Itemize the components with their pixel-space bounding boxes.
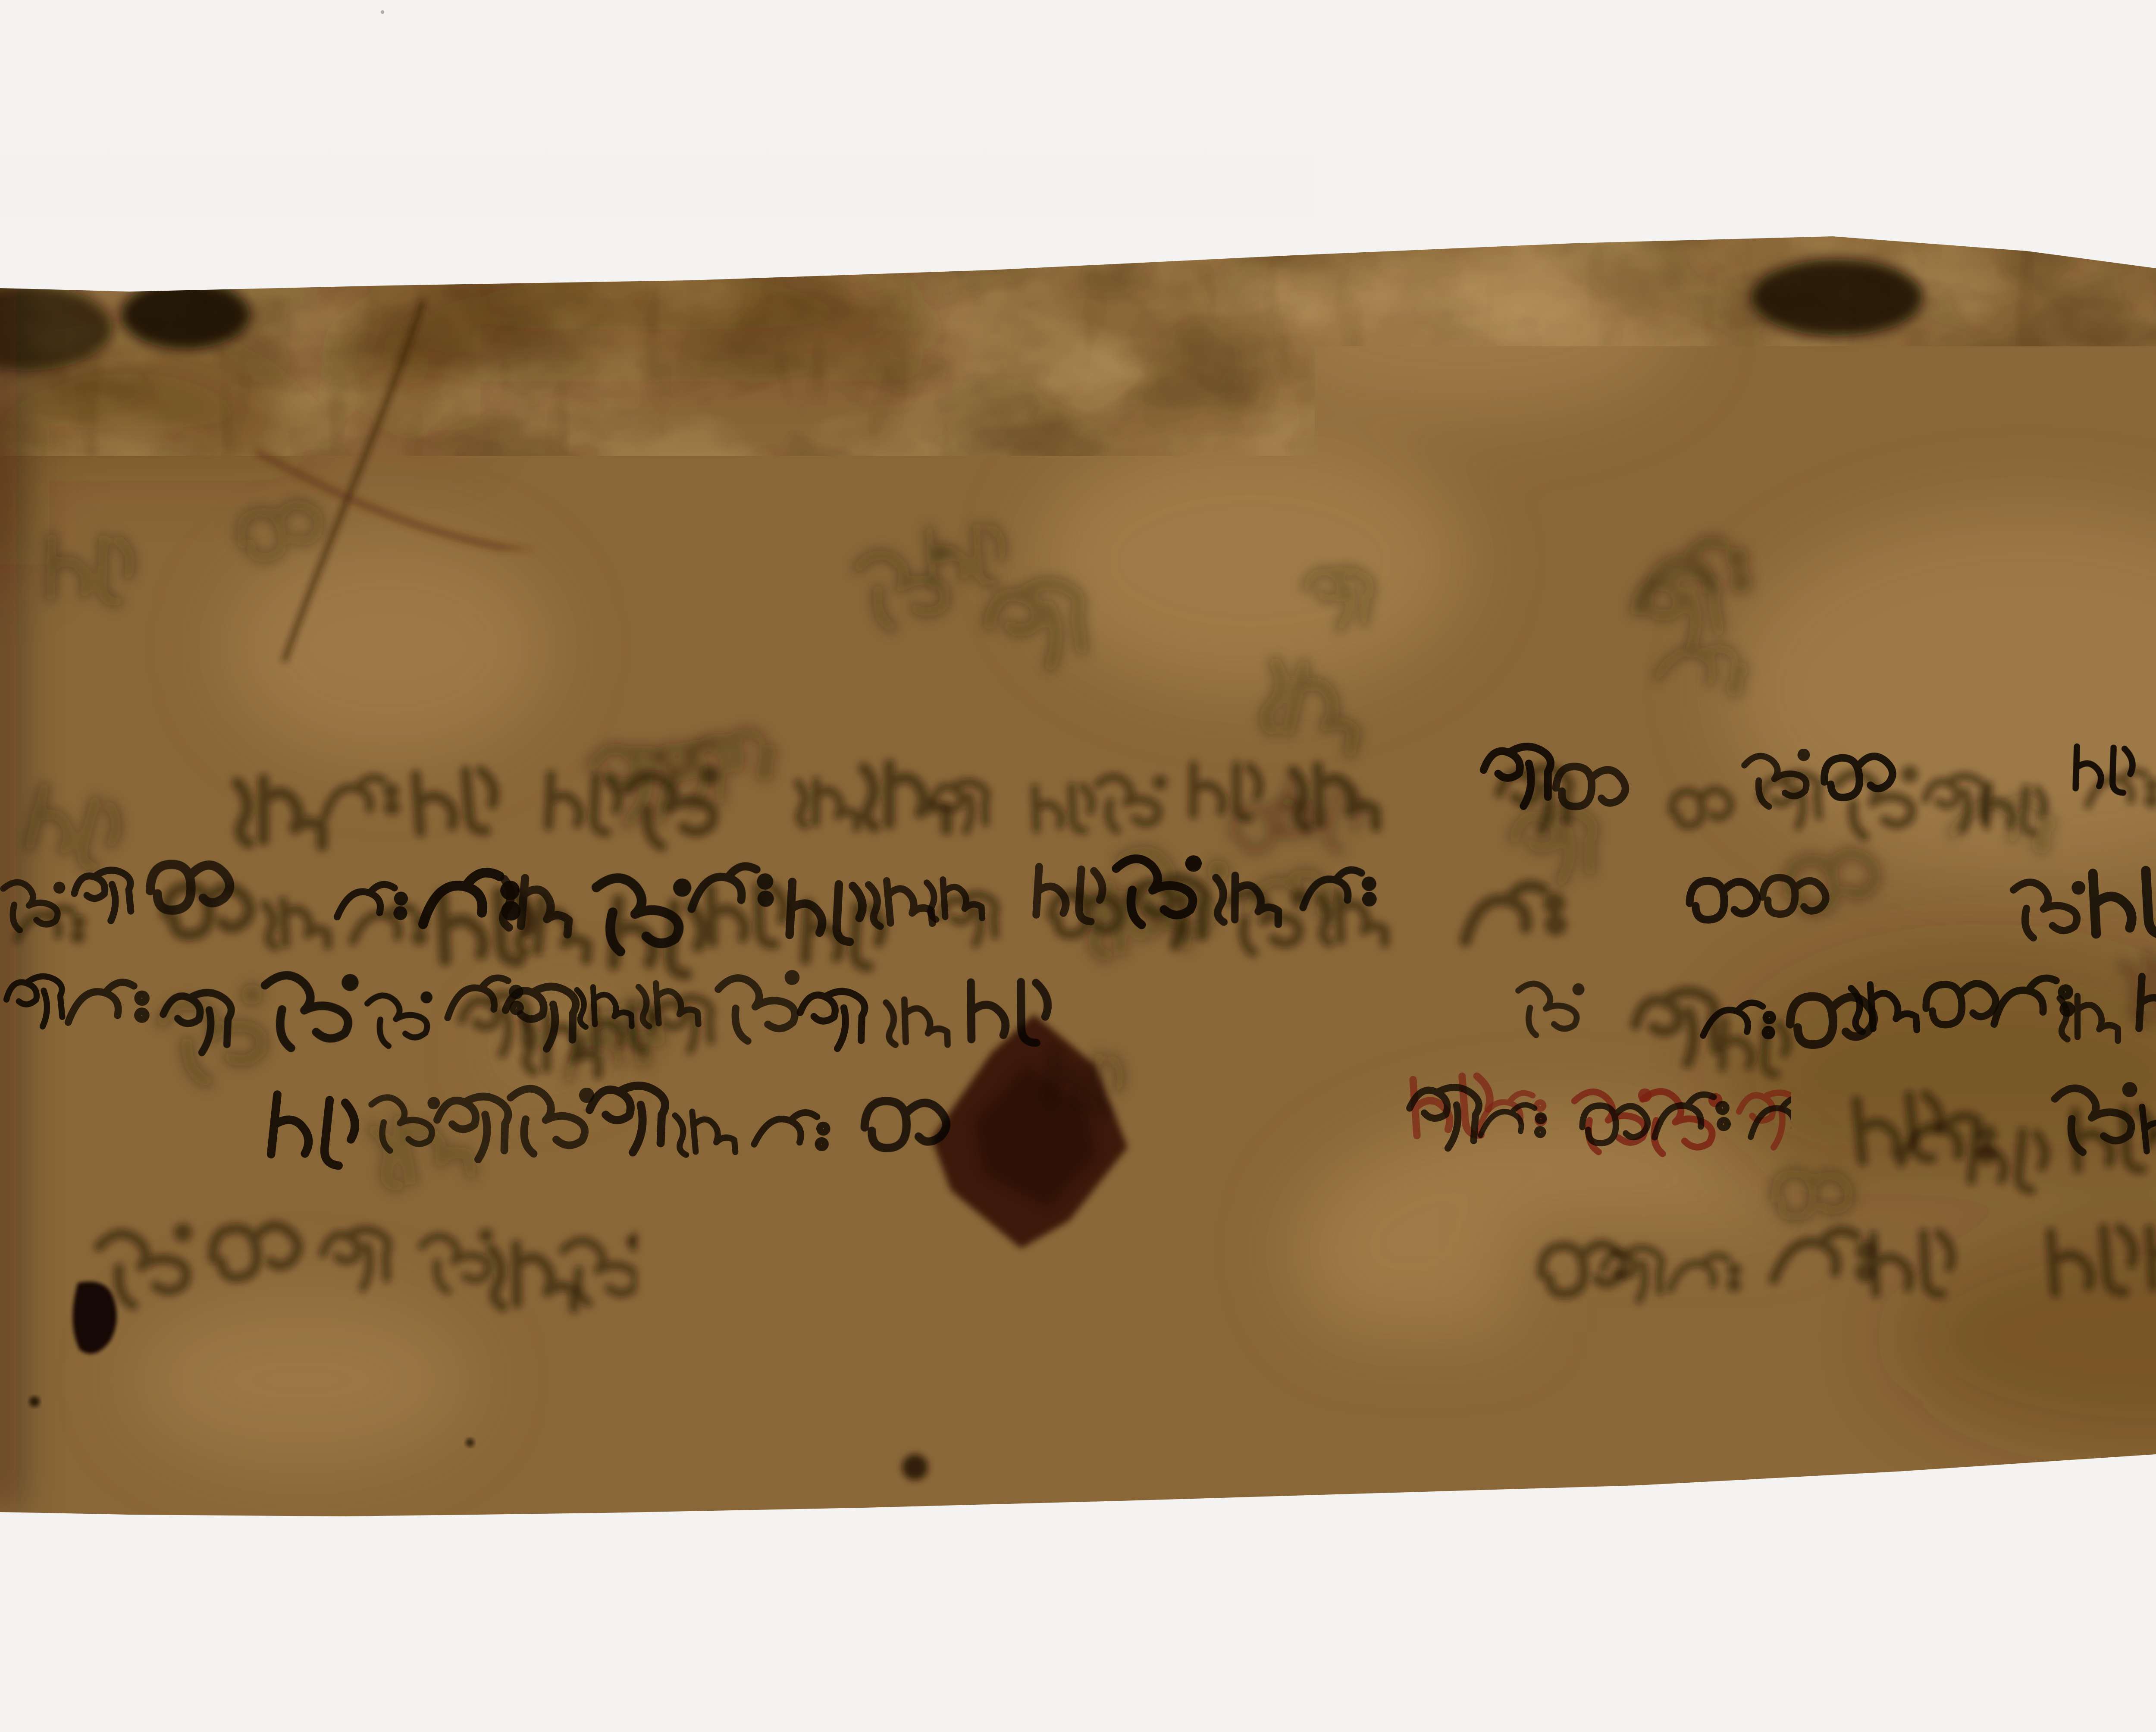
manuscript-scene xyxy=(0,0,2156,1732)
manuscript-folio xyxy=(0,216,2156,1553)
manuscript-photo xyxy=(0,0,2156,1732)
